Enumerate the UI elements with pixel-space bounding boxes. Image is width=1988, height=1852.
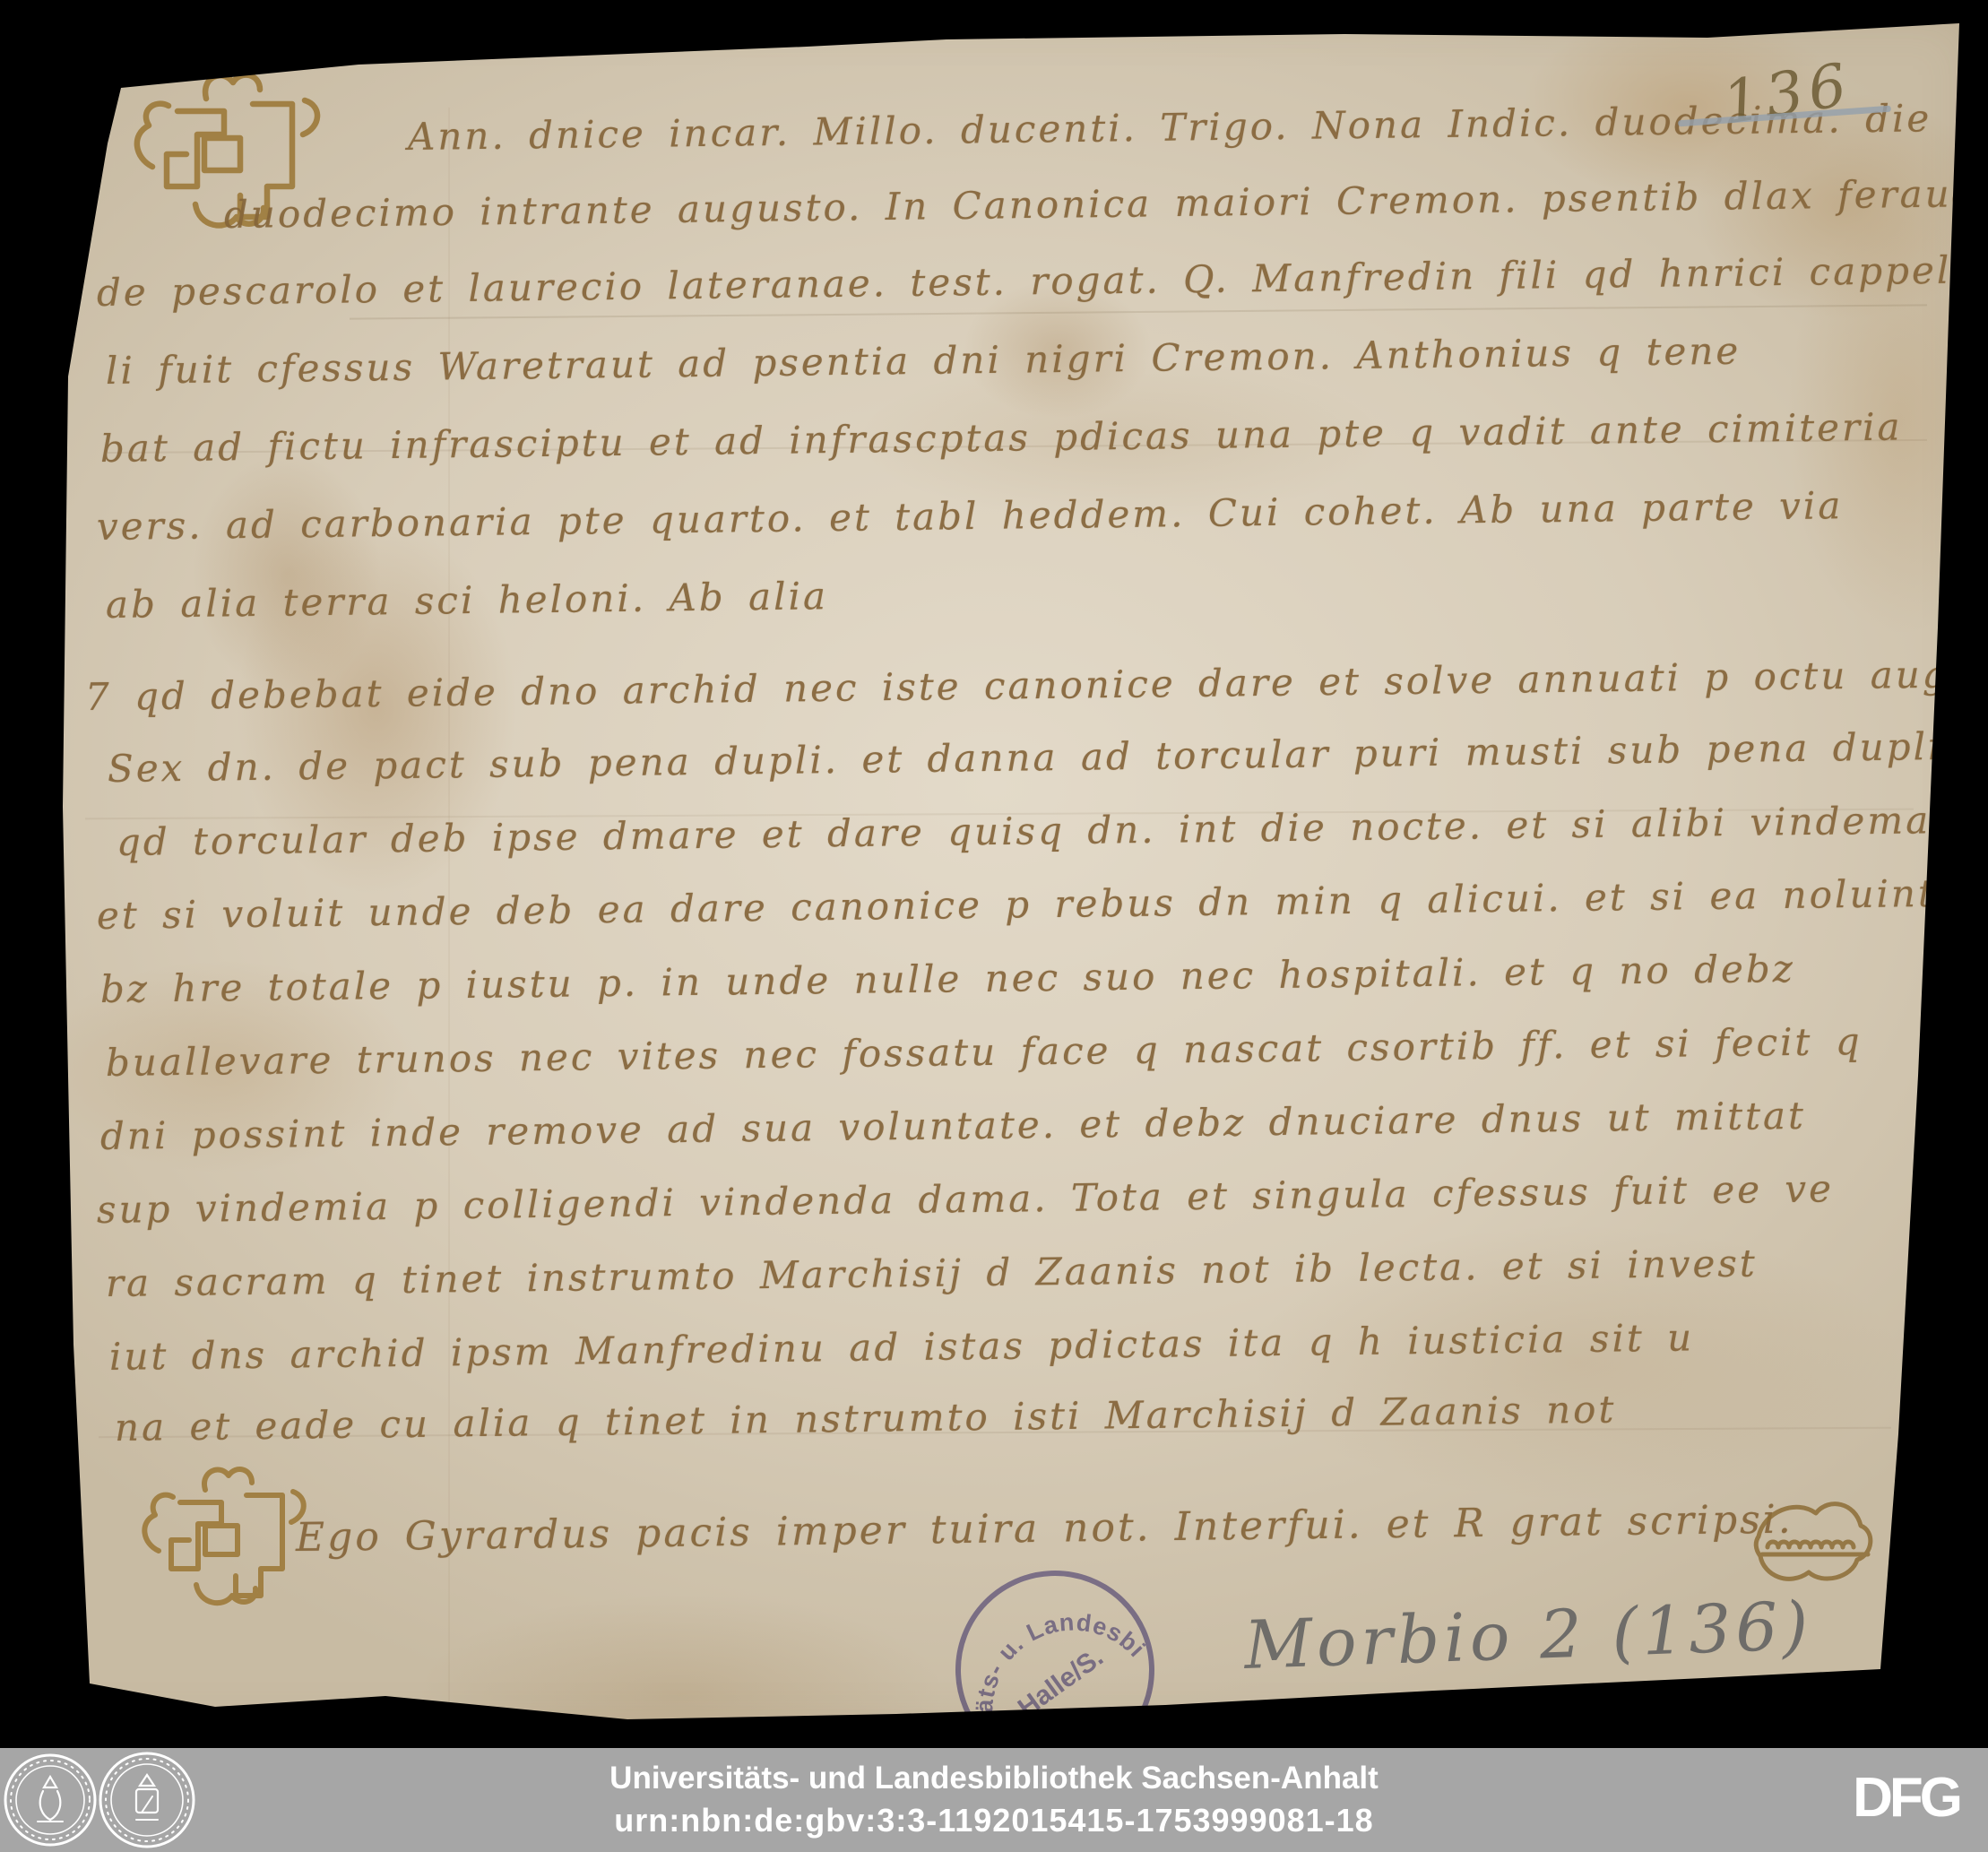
manuscript-line: vers. ad carbonaria pte quarto. et tabl … xyxy=(97,487,1844,546)
urn-identifier: urn:nbn:de:gbv:3:3-1192015415-1753999081… xyxy=(0,1802,1988,1839)
scan-page: Ann. dnice incar. Millo. ducenti. Trigo.… xyxy=(0,0,1988,1852)
manuscript-line: li fuit cfessus Waretraut ad psentia dni… xyxy=(106,333,1742,390)
manuscript-line: et si voluit unde deb ea dare canonice p… xyxy=(97,874,1988,935)
manuscript-line: iut dns archid ipsm Manfredinu ad istas … xyxy=(109,1319,1695,1376)
manuscript-line: ra sacram q tinet instrumto Marchisij d … xyxy=(106,1244,1758,1302)
manuscript-line: Ann. dnice incar. Millo. ducenti. Trigo.… xyxy=(408,100,1932,156)
notarial-sign-bottom xyxy=(130,1450,318,1616)
manuscript-line: na et eade cu alia q tinet in nstrumto i… xyxy=(115,1391,1617,1447)
dfg-logo: DFG xyxy=(1853,1766,1959,1830)
stamp-center-text: Halle/S. xyxy=(1013,1642,1109,1723)
manuscript-line: de pescarolo et laurecio lateranae. test… xyxy=(97,252,1952,312)
notary-flourish xyxy=(1746,1490,1885,1590)
notary-signature-line: Ego Gyrardus pacis imper tuira not. Inte… xyxy=(296,1502,1794,1557)
manuscript-line: 7 qd debebat eide dno archid nec iste ca… xyxy=(85,655,1964,716)
library-name: Universitäts- und Landesbibliothek Sachs… xyxy=(0,1761,1988,1796)
footer-bar: Universitäts- und Landesbibliothek Sachs… xyxy=(0,1748,1988,1852)
manuscript-line: ab alia terra sci heloni. Ab alia xyxy=(106,577,828,624)
manuscript-line: qd torcular deb ipse dmare et dare quisq… xyxy=(117,801,1988,861)
manuscript-line: Sex dn. de pact sub pena dupli. et danna… xyxy=(108,727,1988,788)
manuscript-line: duodecimo intrante augusto. In Canonica … xyxy=(224,175,1979,234)
manuscript-line: buallevare trunos nec vites nec fossatu … xyxy=(106,1023,1863,1082)
manuscript-line: bz hre totale p iustu p. in unde nulle n… xyxy=(100,950,1795,1008)
parchment-charter: Ann. dnice incar. Millo. ducenti. Trigo.… xyxy=(0,0,1988,1748)
manuscript-line: sup vindemia p colligendi vindenda dama.… xyxy=(97,1170,1834,1229)
footer-text-block: Universitäts- und Landesbibliothek Sachs… xyxy=(0,1748,1988,1852)
pencil-shelfmark: Morbio 2 (136) xyxy=(1243,1588,1814,1684)
manuscript-line: bat ad fictu infrasciptu et ad infrascpt… xyxy=(100,408,1903,468)
manuscript-line: dni possint inde remove ad sua voluntate… xyxy=(100,1097,1806,1155)
